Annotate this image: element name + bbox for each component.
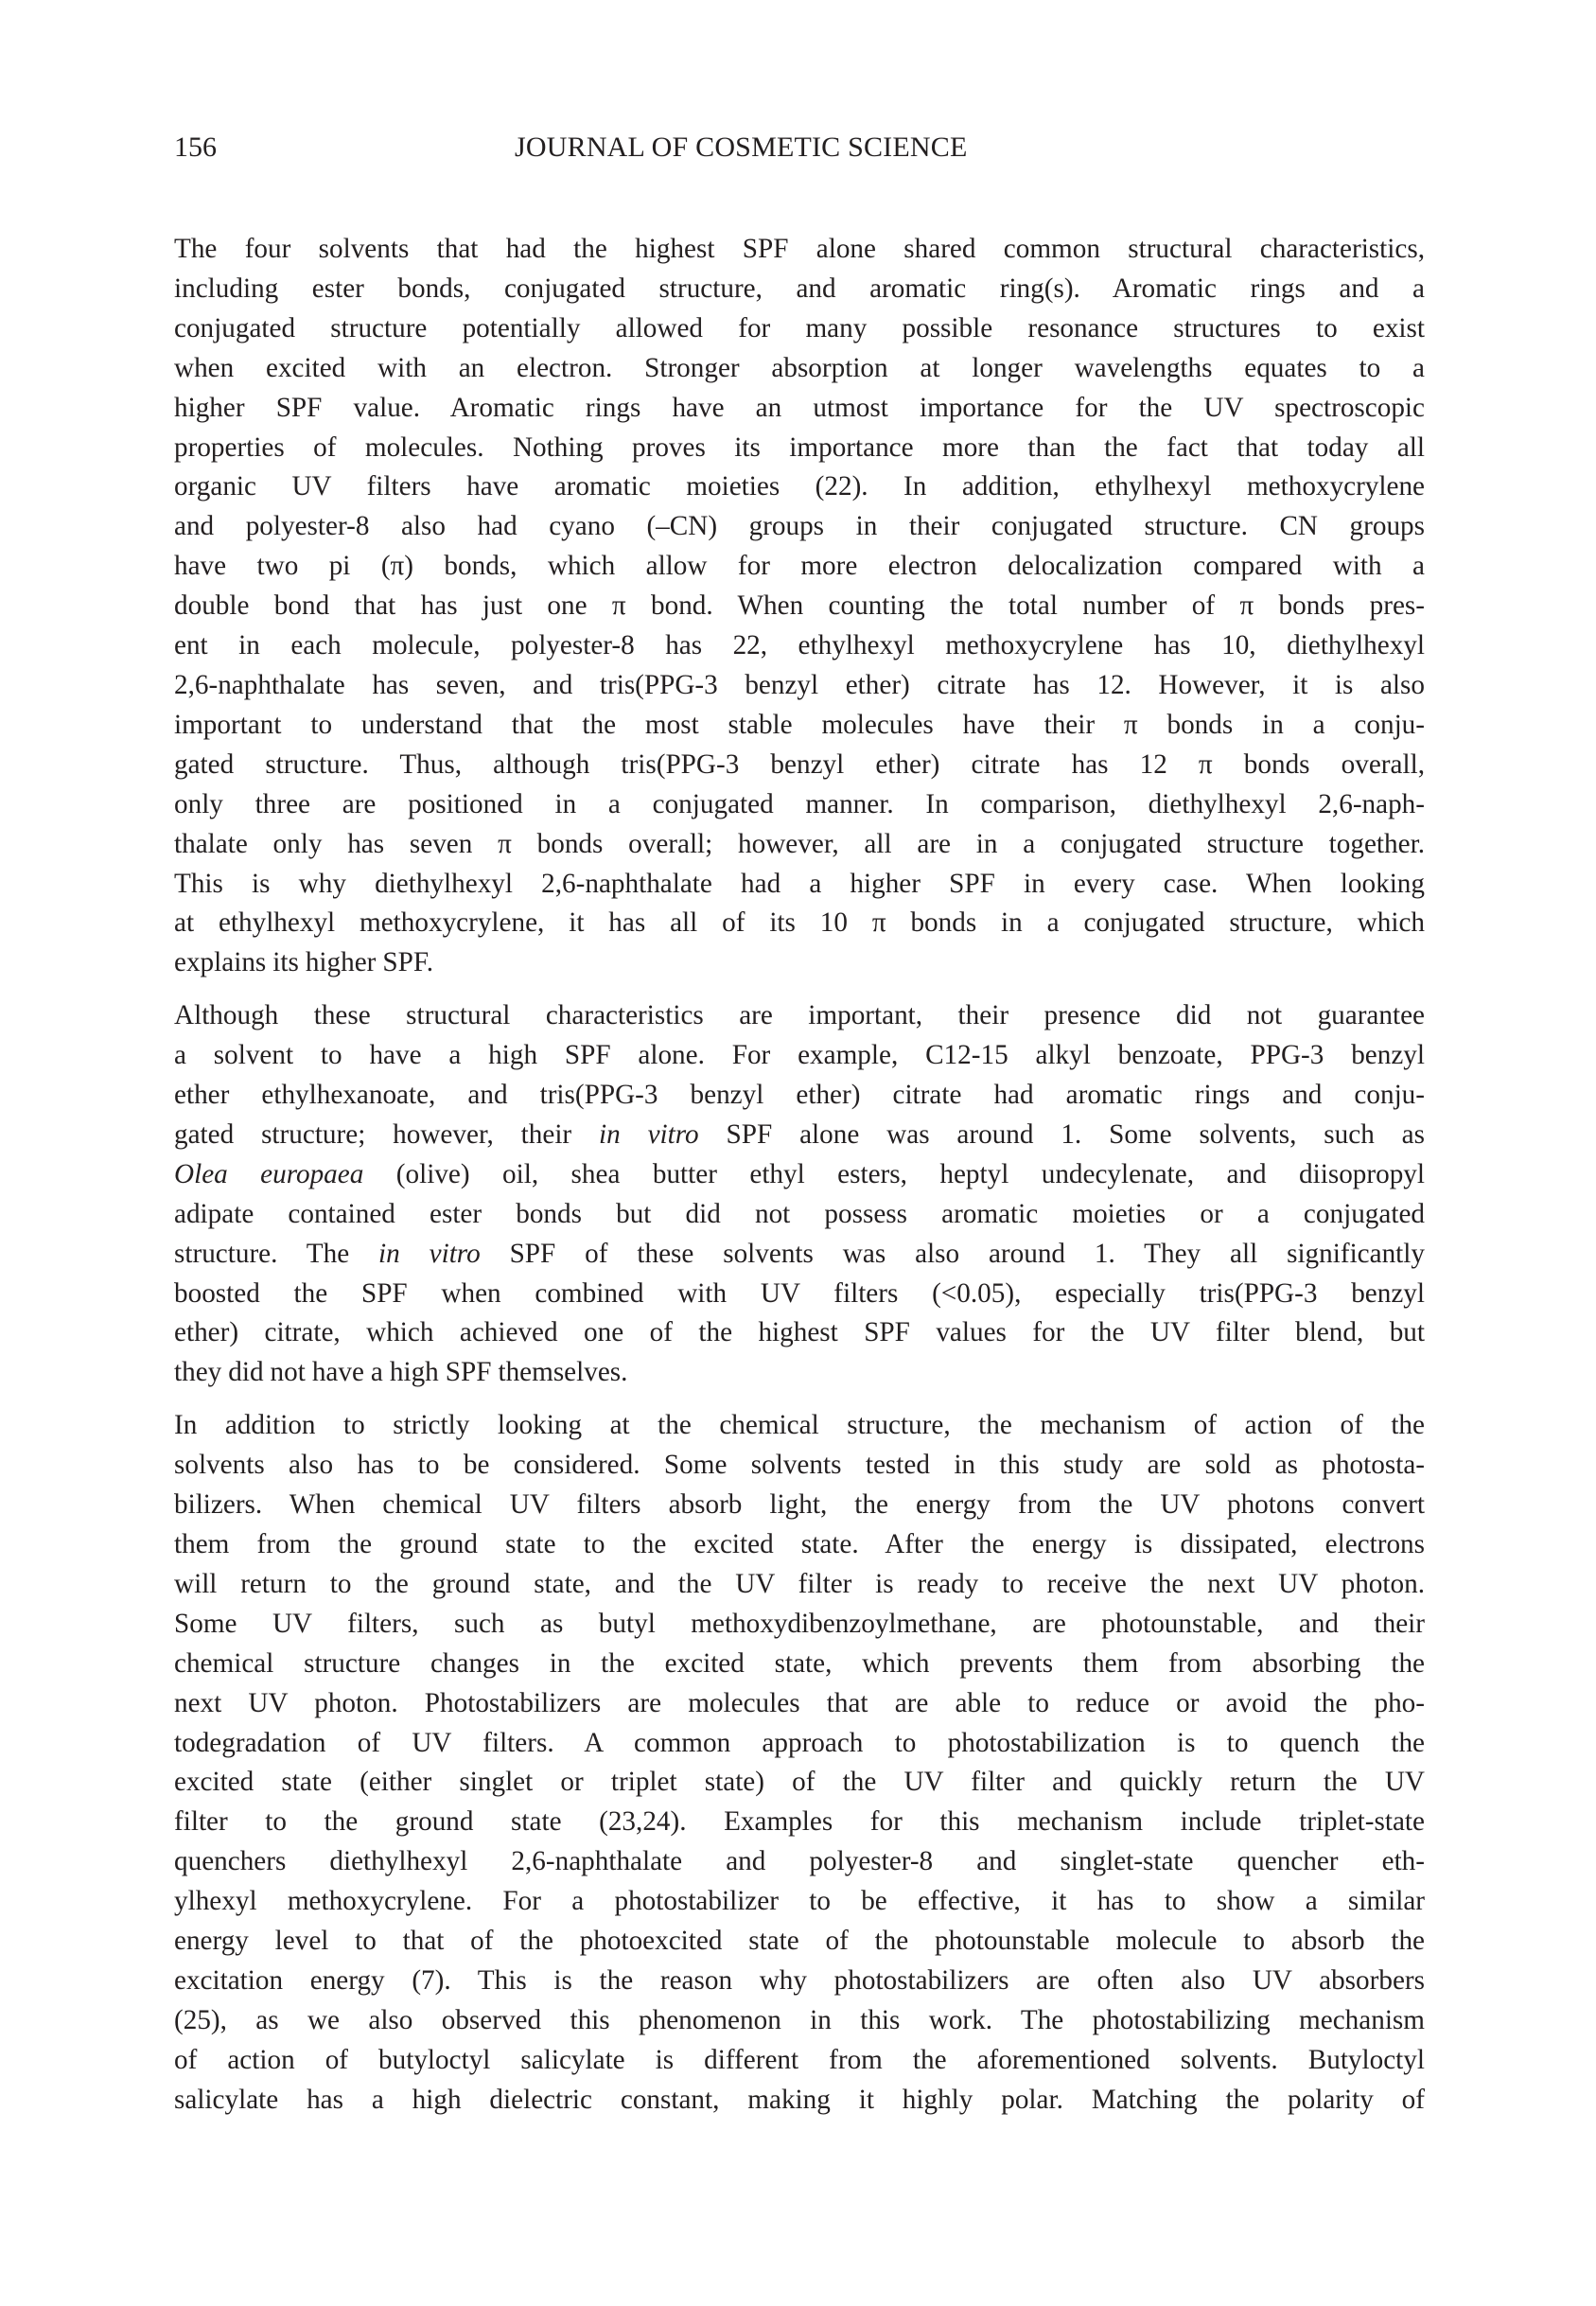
text-line: thalate only has seven π bonds overall; …	[174, 825, 1425, 865]
text-line: solvents also has to be considered. Some…	[174, 1446, 1425, 1486]
text-line: Olea europaea (olive) oil, shea butter e…	[174, 1155, 1425, 1195]
text-line: The four solvents that had the highest S…	[174, 230, 1425, 270]
paragraph-structural-characteristics: The four solvents that had the highest S…	[174, 230, 1425, 983]
text-run: gated structure; however, their	[174, 1119, 599, 1150]
text-line: and polyester-8 also had cyano (–CN) gro…	[174, 507, 1425, 547]
text-line: gated structure; however, their in vitro…	[174, 1116, 1425, 1155]
text-line: have two pi (π) bonds, which allow for m…	[174, 547, 1425, 587]
text-line: explains its higher SPF.	[174, 943, 1425, 983]
article-body: The four solvents that had the highest S…	[174, 230, 1425, 2121]
text-line: will return to the ground state, and the…	[174, 1565, 1425, 1605]
text-line: ent in each molecule, polyester-8 has 22…	[174, 626, 1425, 666]
text-line: properties of molecules. Nothing proves …	[174, 429, 1425, 468]
italic-species-name: Olea europaea	[174, 1159, 363, 1189]
text-line: Although these structural characteristic…	[174, 996, 1425, 1036]
text-line: them from the ground state to the excite…	[174, 1525, 1425, 1565]
text-line: organic UV filters have aromatic moietie…	[174, 467, 1425, 507]
text-line: next UV photon. Photostabilizers are mol…	[174, 1684, 1425, 1724]
text-line: todegradation of UV filters. A common ap…	[174, 1724, 1425, 1764]
paragraph-presence-not-guarantee: Although these structural characteristic…	[174, 996, 1425, 1393]
text-line: filter to the ground state (23,24). Exam…	[174, 1803, 1425, 1842]
text-line: ether) citrate, which achieved one of th…	[174, 1313, 1425, 1353]
text-line: (25), as we also observed this phenomeno…	[174, 2001, 1425, 2041]
text-line: bilizers. When chemical UV filters absor…	[174, 1486, 1425, 1525]
text-line: quenchers diethylhexyl 2,6-naphthalate a…	[174, 1842, 1425, 1882]
text-line: excitation energy (7). This is the reaso…	[174, 1962, 1425, 2001]
text-line: when excited with an electron. Stronger …	[174, 349, 1425, 389]
text-line: important to understand that the most st…	[174, 706, 1425, 746]
text-line: chemical structure changes in the excite…	[174, 1645, 1425, 1684]
text-line: higher SPF value. Aromatic rings have an…	[174, 389, 1425, 429]
text-line: energy level to that of the photoexcited…	[174, 1922, 1425, 1962]
text-line: In addition to strictly looking at the c…	[174, 1406, 1425, 1446]
text-line: structure. The in vitro SPF of these sol…	[174, 1235, 1425, 1275]
text-line: they did not have a high SPF themselves.	[174, 1353, 1425, 1393]
running-head: 156 JOURNAL OF COSMETIC SCIENCE	[174, 129, 1423, 167]
text-line: 2,6-naphthalate has seven, and tris(PPG-…	[174, 666, 1425, 706]
text-run: structure. The	[174, 1239, 378, 1269]
paragraph-mechanism-of-action: In addition to strictly looking at the c…	[174, 1406, 1425, 2120]
text-line: excited state (either singlet or triplet…	[174, 1763, 1425, 1803]
text-line: ether ethylhexanoate, and tris(PPG-3 ben…	[174, 1076, 1425, 1116]
text-line: double bond that has just one π bond. Wh…	[174, 587, 1425, 626]
text-line: ylhexyl methoxycrylene. For a photostabi…	[174, 1882, 1425, 1922]
text-line: of action of butyloctyl salicylate is di…	[174, 2041, 1425, 2081]
page-number: 156	[174, 129, 217, 167]
italic-term: in vitro	[378, 1239, 481, 1269]
text-line: adipate contained ester bonds but did no…	[174, 1195, 1425, 1235]
text-line: Some UV filters, such as butyl methoxydi…	[174, 1605, 1425, 1645]
text-line: boosted the SPF when combined with UV fi…	[174, 1275, 1425, 1314]
text-line: gated structure. Thus, although tris(PPG…	[174, 746, 1425, 785]
italic-term: in vitro	[599, 1119, 699, 1150]
text-line: conjugated structure potentially allowed…	[174, 309, 1425, 349]
text-line: salicylate has a high dielectric constan…	[174, 2081, 1425, 2121]
text-line: at ethylhexyl methoxycrylene, it has all…	[174, 904, 1425, 943]
journal-title: JOURNAL OF COSMETIC SCIENCE	[515, 129, 968, 167]
text-line: only three are positioned in a conjugate…	[174, 785, 1425, 825]
text-run: (olive) oil, shea butter ethyl esters, h…	[363, 1159, 1425, 1189]
text-line: including ester bonds, conjugated struct…	[174, 270, 1425, 309]
text-run: SPF of these solvents was also around 1.…	[481, 1239, 1425, 1269]
text-line: a solvent to have a high SPF alone. For …	[174, 1036, 1425, 1076]
text-run: SPF alone was around 1. Some solvents, s…	[699, 1119, 1425, 1150]
text-line: This is why diethylhexyl 2,6-naphthalate…	[174, 865, 1425, 905]
